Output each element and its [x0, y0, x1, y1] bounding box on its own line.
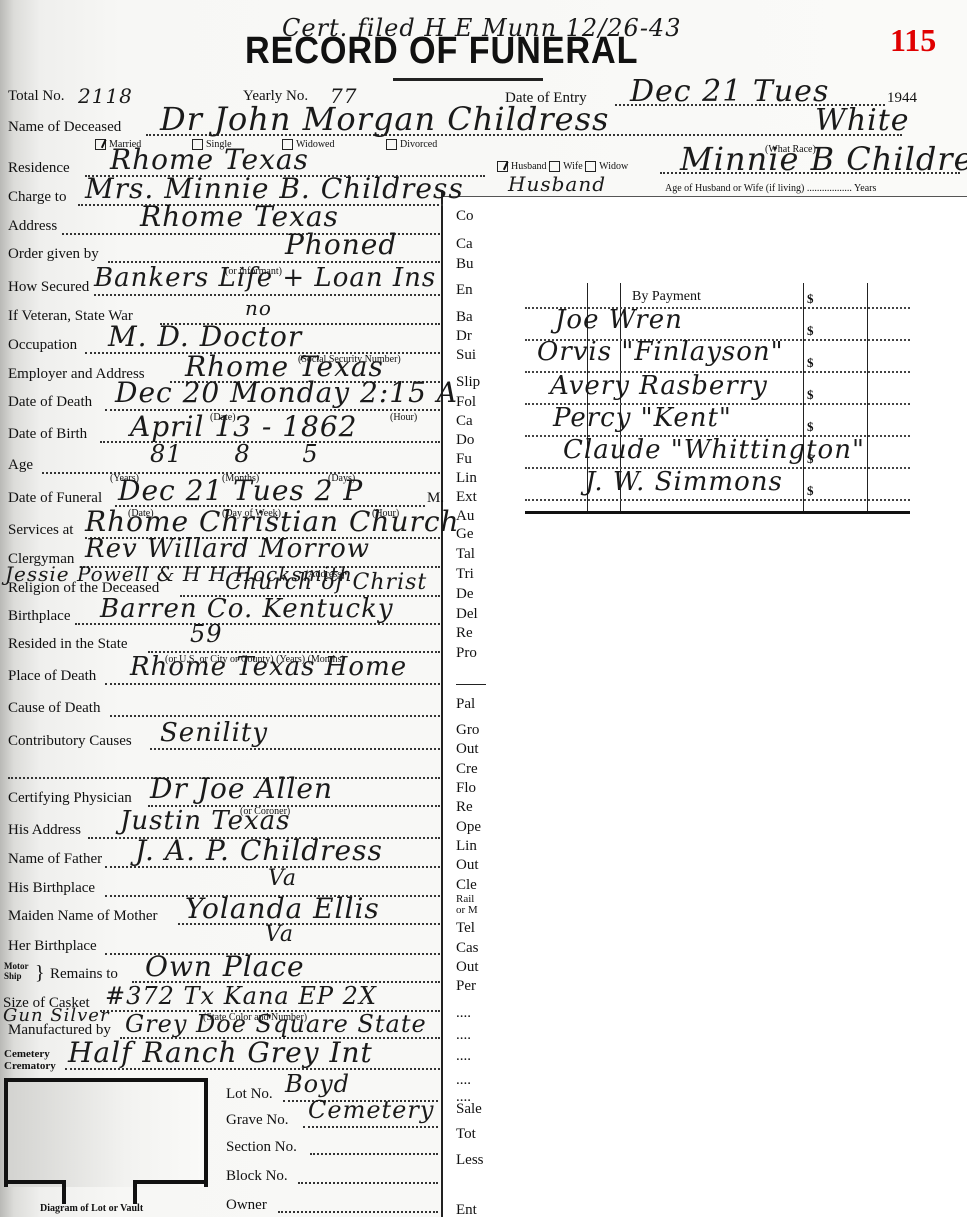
- birthplace-label: Birthplace: [8, 608, 70, 625]
- charge-to-label: Charge to: [8, 189, 66, 206]
- spouse-name-value: Minnie B Childress: [680, 140, 967, 178]
- date-of-entry-value: Dec 21 Tues: [630, 74, 829, 109]
- married-checkbox[interactable]: [95, 139, 106, 150]
- his-address-label: His Address: [8, 822, 81, 839]
- grave-no-value: Cemetery: [308, 1096, 434, 1124]
- date-of-death-label: Date of Death: [8, 394, 92, 411]
- funeral-record-page: Cert. filed H E Munn 12/26-43 RECORD OF …: [0, 0, 967, 1217]
- certifying-physician-value: Dr Joe Allen: [150, 772, 333, 805]
- birthplace-value: Barren Co. Kentucky: [100, 594, 394, 624]
- diagram-caption: Diagram of Lot or Vault: [40, 1203, 143, 1214]
- by-payment-label: By Payment: [632, 289, 701, 305]
- remains-to-label: Remains to: [50, 966, 118, 983]
- pallbearer: Avery Rasberry: [550, 371, 768, 401]
- contributory-causes-label: Contributory Causes: [8, 733, 132, 750]
- spouse-age-label: Age of Husband or Wife (if living) .....…: [665, 183, 876, 194]
- block-no-label: Block No.: [226, 1168, 288, 1185]
- pallbearer: Claude "Whittington": [563, 435, 865, 465]
- religion-value: Church of Christ: [225, 570, 427, 595]
- date-of-birth-value: April 13 - 1862: [130, 410, 358, 443]
- total-no-value: 2118: [78, 84, 133, 108]
- document-title: RECORD OF FUNERAL: [245, 30, 638, 73]
- mother-birthplace-label: Her Birthplace: [8, 938, 97, 955]
- column-divider: [441, 190, 443, 1217]
- place-of-death-value: Rhome Texas Home: [130, 652, 407, 682]
- date-of-death-value: Dec 20 Monday 2:15 A: [115, 376, 458, 409]
- his-address-value: Justin Texas: [120, 806, 291, 836]
- spouse-status: Husband Wife Widow: [497, 161, 628, 172]
- motor-ship-label: MotorShip: [4, 961, 29, 981]
- order-given-by-label: Order given by: [8, 246, 99, 263]
- address-label: Address: [8, 218, 57, 235]
- cemetery-value: Half Ranch Grey Int: [68, 1036, 373, 1069]
- lot-diagram: [4, 1078, 208, 1187]
- name-of-deceased-value: Dr John Morgan Childress: [160, 100, 609, 138]
- cemetery-label: CemeteryCrematory: [4, 1048, 56, 1072]
- race-value: White: [815, 103, 910, 138]
- name-of-father-value: J. A. P. Childress: [135, 834, 383, 867]
- name-of-deceased-label: Name of Deceased: [8, 119, 121, 136]
- title-underline: [393, 78, 543, 81]
- widow-checkbox[interactable]: [585, 161, 596, 172]
- size-of-casket-value: #372 Tx Kana EP 2X: [105, 982, 377, 1010]
- occupation-label: Occupation: [8, 337, 77, 354]
- mother-maiden-name-value: Yolanda Ellis: [185, 892, 380, 925]
- divorced-checkbox[interactable]: [386, 139, 397, 150]
- grave-no-label: Grave No.: [226, 1112, 288, 1129]
- order-given-by-value: Phoned: [285, 228, 397, 261]
- pallbearer: Joe Wren: [555, 305, 683, 335]
- how-secured-value: Bankers Life + Loan Ins: [94, 263, 436, 293]
- resided-in-state-value: 59: [190, 620, 223, 648]
- payment-table: By Payment $ $ $ $ $ $ $ Joe Wren Orvis …: [525, 283, 910, 514]
- certifying-physician-label: Certifying Physician: [8, 790, 132, 807]
- marital-divorced[interactable]: Divorced: [386, 139, 437, 150]
- father-birthplace-label: His Birthplace: [8, 880, 95, 897]
- contributory-causes-value: Senility: [160, 718, 268, 748]
- age-label: Age: [8, 457, 33, 474]
- place-of-death-label: Place of Death: [8, 668, 96, 685]
- mother-birthplace-value: Va: [265, 922, 294, 947]
- resided-in-state-label: Resided in the State: [8, 636, 128, 653]
- wife-checkbox[interactable]: [549, 161, 560, 172]
- pallbearer: Orvis "Finlayson": [537, 337, 784, 367]
- owner-label: Owner: [226, 1197, 267, 1214]
- total-no-label: Total No.: [8, 88, 64, 105]
- father-birthplace-value: Va: [268, 866, 297, 891]
- spouse-of-value: Husband: [508, 172, 606, 196]
- remains-to-value: Own Place: [145, 950, 305, 983]
- occupation-value: M. D. Doctor: [108, 320, 302, 353]
- age-value: 81 8 5: [150, 440, 319, 468]
- how-secured-label: How Secured: [8, 279, 89, 296]
- residence-label: Residence: [8, 160, 70, 177]
- veteran-value: no: [245, 296, 272, 320]
- manufactured-by-value: Grey Doe Square State: [125, 1010, 427, 1038]
- cause-of-death-label: Cause of Death: [8, 700, 100, 717]
- services-at-label: Services at: [8, 522, 73, 539]
- lot-no-label: Lot No.: [226, 1086, 273, 1103]
- name-of-father-label: Name of Father: [8, 851, 102, 868]
- lot-no-value: Boyd: [285, 1070, 350, 1098]
- pallbearer: Percy "Kent": [553, 403, 732, 433]
- husband-checkbox[interactable]: [497, 161, 508, 172]
- date-of-funeral-value: Dec 21 Tues 2 P: [118, 474, 363, 507]
- clergyman-value: Rev Willard Morrow: [85, 534, 370, 564]
- mother-maiden-name-label: Maiden Name of Mother: [8, 908, 158, 925]
- section-no-label: Section No.: [226, 1139, 297, 1156]
- pallbearer: J. W. Simmons: [585, 467, 783, 497]
- date-of-birth-label: Date of Birth: [8, 426, 87, 443]
- page-number: 115: [890, 22, 936, 59]
